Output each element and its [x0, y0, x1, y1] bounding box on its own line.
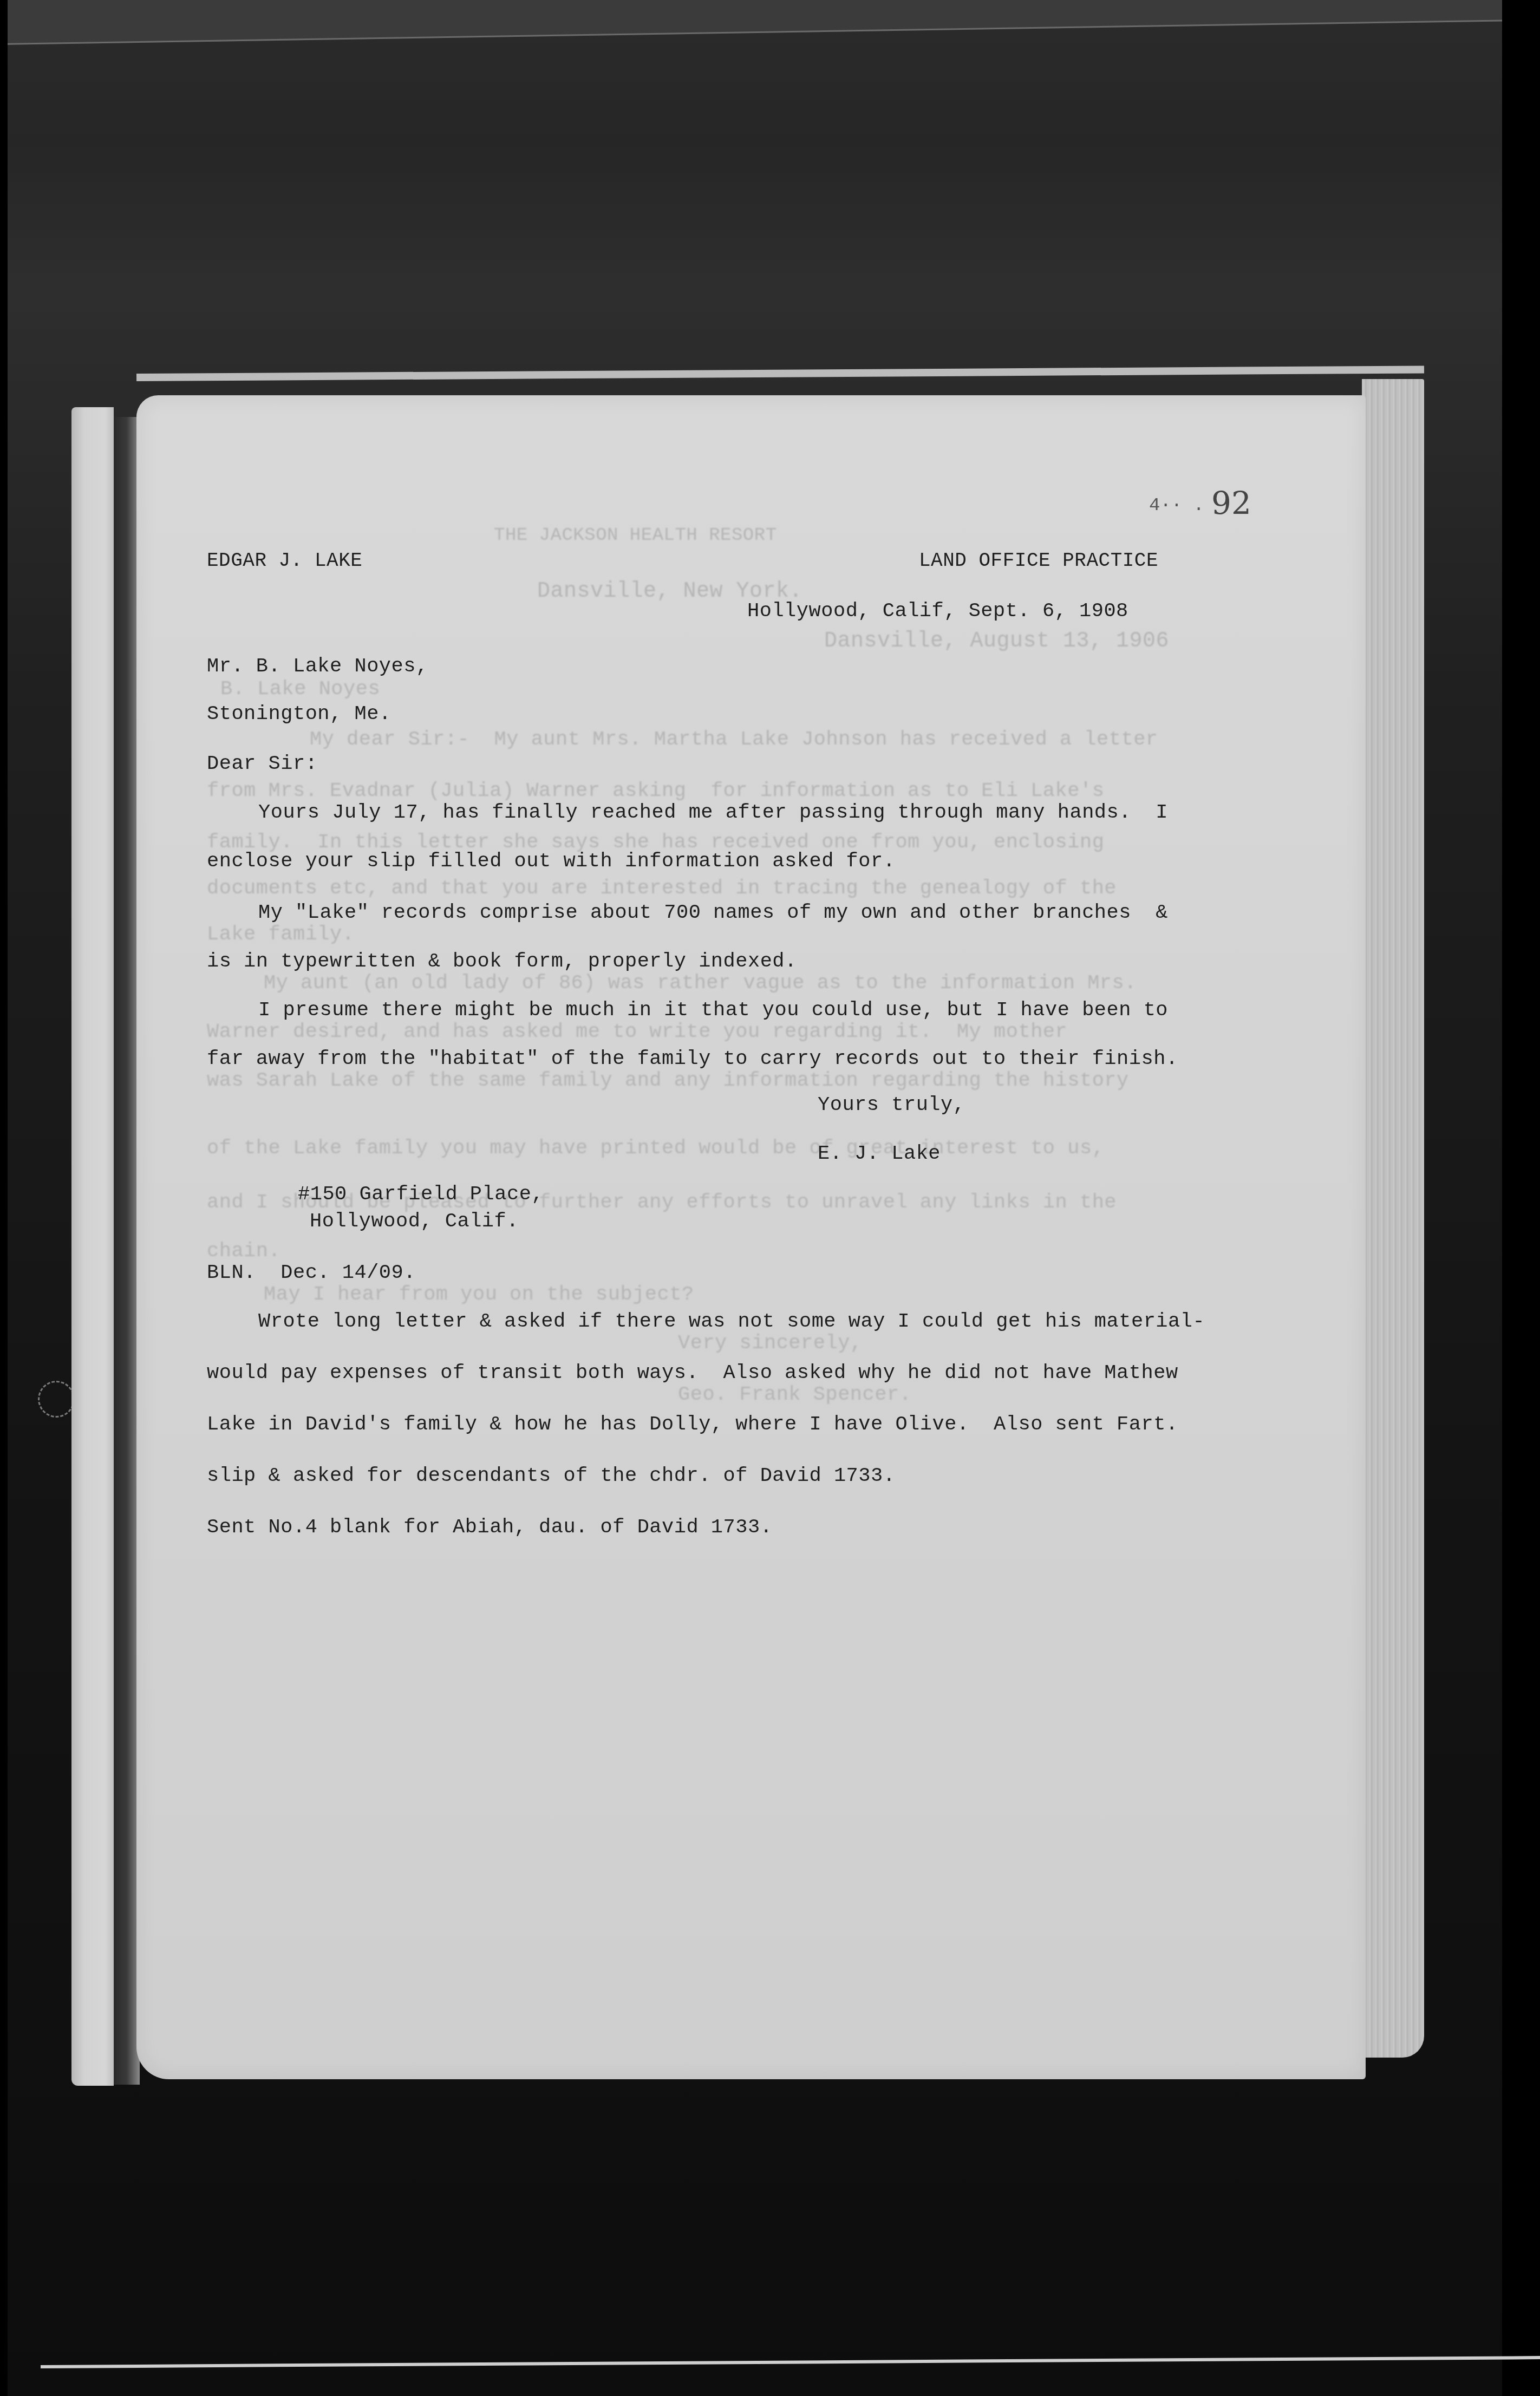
recipient-location: Stonington, Me.	[207, 703, 391, 726]
letter-signature: E. J. Lake	[818, 1142, 941, 1165]
bleed-through-line: My aunt (an old lady of 86) was rather v…	[264, 972, 1137, 995]
bleed-through-line: of the Lake family you may have printed …	[207, 1137, 1104, 1160]
document-page: THE JACKSON HEALTH RESORT Dansville, New…	[136, 395, 1366, 2079]
book-gutter	[114, 417, 140, 2085]
left-page-edge	[71, 407, 114, 2086]
letter-body-line: far away from the "habitat" of the famil…	[207, 1048, 1178, 1070]
bleed-through-signature: Geo. Frank Spencer.	[678, 1383, 911, 1406]
page-number: 92	[1211, 485, 1251, 521]
bleed-through-line: May I hear from you on the subject?	[264, 1283, 694, 1306]
return-address-line: Hollywood, Calif.	[310, 1210, 519, 1233]
notes-header: BLN. Dec. 14/09.	[207, 1262, 416, 1284]
notes-line: Lake in David's family & how he has Doll…	[207, 1413, 1178, 1436]
bleed-through-letterhead: THE JACKSON HEALTH RESORT	[494, 525, 777, 546]
return-address-line: #150 Garfield Place,	[298, 1183, 544, 1206]
bleed-through-line: Lake family.	[207, 923, 354, 946]
bleed-through-line: from Mrs. Evadnar (Julia) Warner asking …	[207, 780, 1104, 802]
film-punch-hole	[38, 1381, 75, 1418]
film-left-border	[0, 0, 8, 2396]
bleed-through-recipient: B. Lake Noyes	[220, 678, 380, 701]
page-number-mark: 4·· .	[1149, 495, 1204, 516]
letter-closing: Yours truly,	[818, 1094, 965, 1117]
salutation: Dear Sir:	[207, 753, 317, 775]
letterhead-practice: LAND OFFICE PRACTICE	[919, 550, 1158, 572]
letter-body-line: I presume there might be much in it that…	[258, 999, 1168, 1022]
bleed-through-line: Warner desired, and has asked me to writ…	[207, 1021, 1067, 1043]
letter-body-line: Yours July 17, has finally reached me af…	[258, 801, 1168, 824]
film-right-border	[1502, 0, 1540, 2396]
page-stack-right-edge	[1362, 379, 1424, 2058]
notes-line: Wrote long letter & asked if there was n…	[258, 1310, 1205, 1333]
notes-line: slip & asked for descendants of the chdr…	[207, 1465, 895, 1487]
bleed-through-line: was Sarah Lake of the same family and an…	[207, 1069, 1129, 1092]
letter-place-date: Hollywood, Calif, Sept. 6, 1908	[747, 600, 1128, 623]
letterhead-name: EDGAR J. LAKE	[207, 550, 362, 572]
letter-body-line: My "Lake" records comprise about 700 nam…	[258, 902, 1168, 924]
bleed-through-date: Dansville, August 13, 1906	[824, 629, 1169, 654]
notes-line: would pay expenses of transit both ways.…	[207, 1362, 1178, 1385]
notes-line: Sent No.4 blank for Abiah, dau. of David…	[207, 1516, 772, 1539]
letter-body-line: enclose your slip filled out with inform…	[207, 850, 895, 873]
bleed-through-line: documents etc, and that you are interest…	[207, 877, 1117, 900]
bleed-through-line: chain.	[207, 1240, 280, 1263]
bleed-through-closing: Very sincerely,	[678, 1332, 863, 1355]
recipient-name: Mr. B. Lake Noyes,	[207, 655, 428, 678]
bleed-through-line: My dear Sir:- My aunt Mrs. Martha Lake J…	[310, 728, 1158, 751]
letter-body-line: is in typewritten & book form, properly …	[207, 950, 797, 973]
